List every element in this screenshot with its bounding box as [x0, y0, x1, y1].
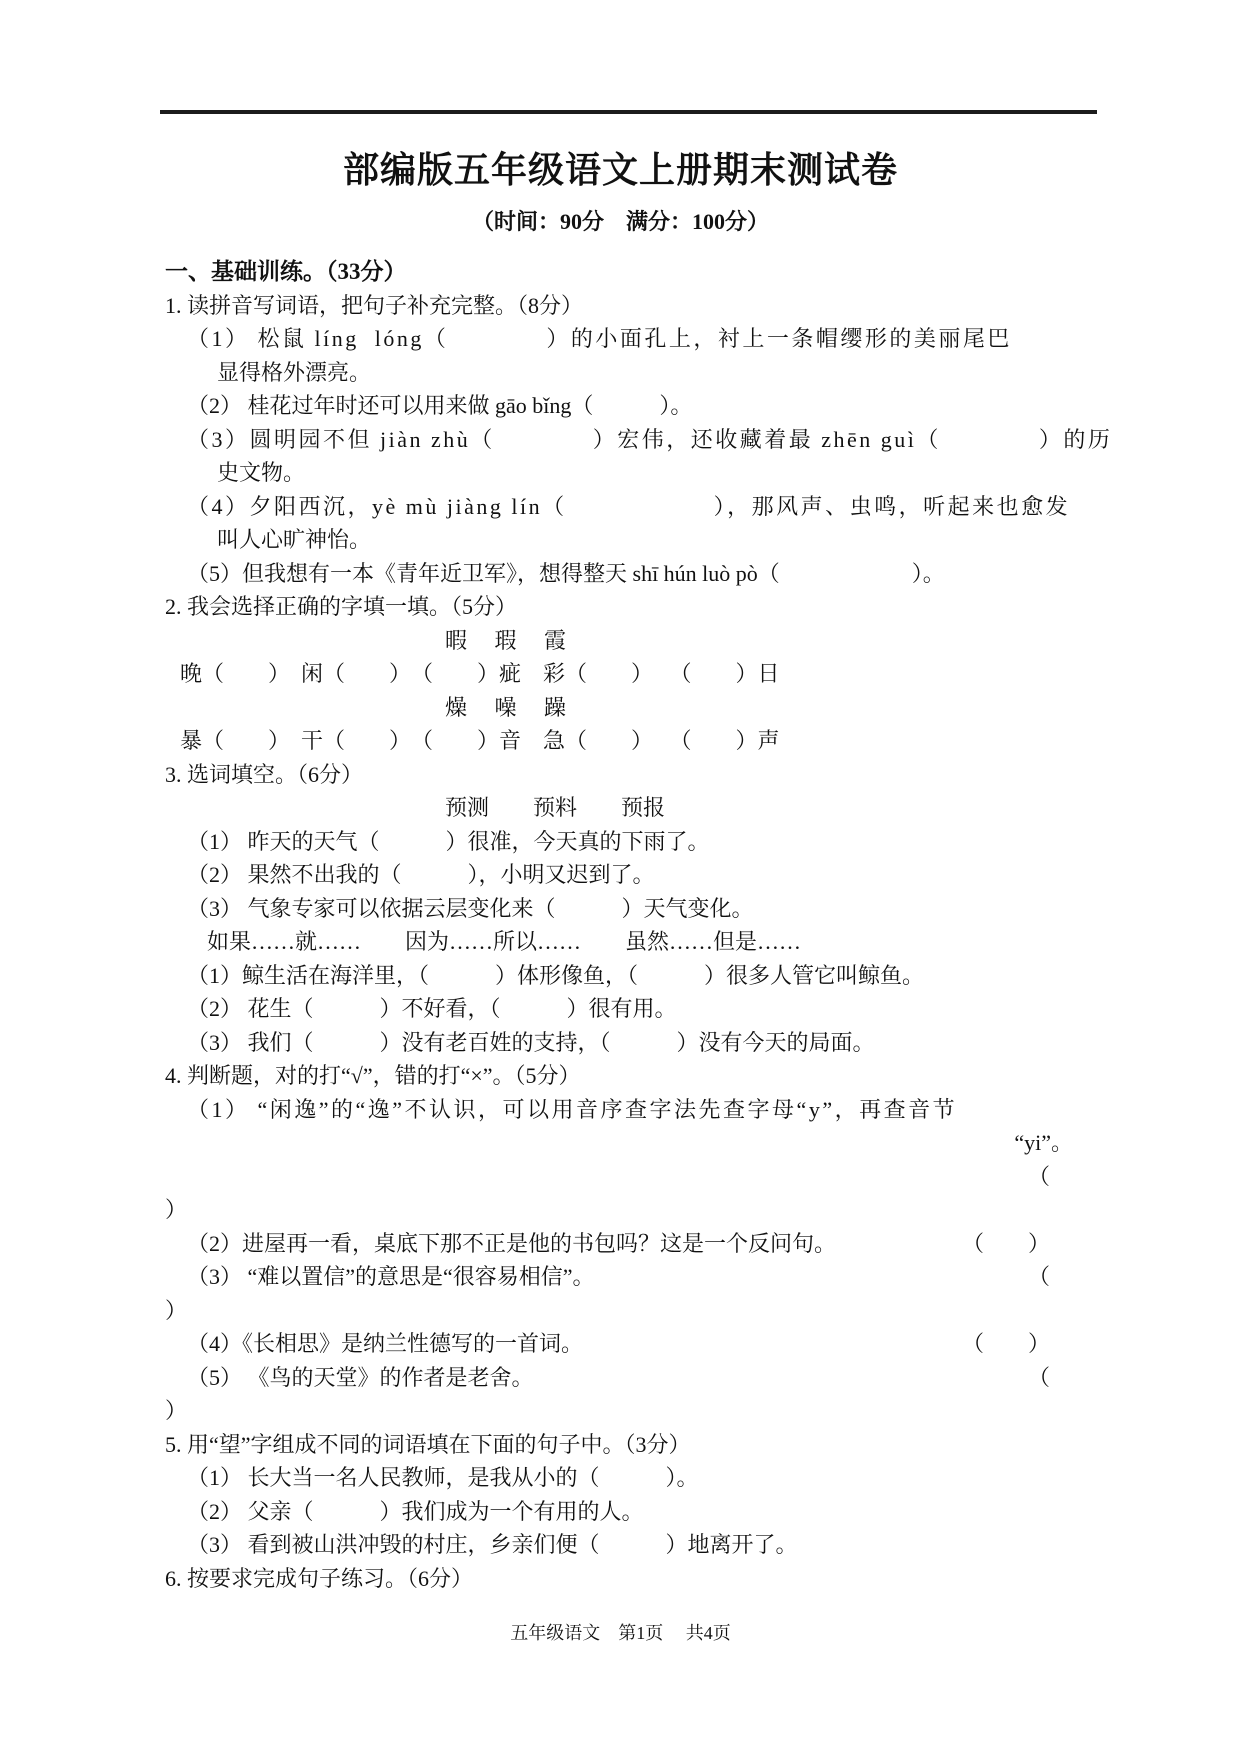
- line-text: （2）进屋再一看，桌底下那不正是他的书包吗？这是一个反问句。: [187, 1227, 836, 1261]
- document-line: 1. 读拼音写词语，把句子补充完整。（8分）: [165, 289, 1105, 323]
- document-line: （3） 看到被山洪冲毁的村庄，乡亲们便（ ）地离开了。: [165, 1528, 1105, 1562]
- document-line: （3） 我们（ ）没有老百姓的支持，（ ）没有今天的局面。: [165, 1026, 1105, 1060]
- document-line: （2） 父亲（ ）我们成为一个有用的人。: [165, 1495, 1105, 1529]
- answer-parens: （ ）: [962, 1227, 1105, 1261]
- document-line: （5） 《鸟的天堂》的作者是老舍。（: [165, 1361, 1105, 1395]
- exam-time-score-info: （时间：90分 满分：100分）: [0, 208, 1241, 236]
- document-line: ）: [165, 1394, 1105, 1428]
- document-line: 5. 用“望”字组成不同的词语填在下面的句子中。（3分）: [165, 1428, 1105, 1462]
- document-line: 预测 预料 预报: [165, 791, 1105, 825]
- document-line: （4）夕阳西沉，yè mù jiàng lín（ ），那风声、虫鸣，听起来也愈发: [165, 490, 1105, 524]
- header-rule: [160, 110, 1097, 114]
- document-line: “yi”。: [165, 1126, 1105, 1160]
- document-line: 暴（ ） 干（ ） （ ）音 急（ ） （ ）声: [165, 724, 1105, 758]
- document-lines: 一、基础训练。（33分）1. 读拼音写词语，把句子补充完整。（8分）（1） 松鼠…: [0, 255, 1241, 1595]
- line-text: （5） 《鸟的天堂》的作者是老舍。: [187, 1361, 534, 1395]
- line-text: （4）《长相思》是纳兰性德写的一首词。: [187, 1327, 583, 1361]
- document-line: （4）《长相思》是纳兰性德写的一首词。（ ）: [165, 1327, 1105, 1361]
- document-line: 晚（ ） 闲（ ） （ ）疵 彩（ ） （ ）日: [165, 657, 1105, 691]
- document-line: （3）圆明园不但 jiàn zhù（ ）宏伟，还收藏着最 zhēn guì（ ）…: [165, 423, 1105, 457]
- document-line: （2） 花生（ ）不好看，（ ）很有用。: [165, 992, 1105, 1026]
- document-line: 2. 我会选择正确的字填一填。（5分）: [165, 590, 1105, 624]
- document-line: （1）鲸生活在海洋里，（ ）体形像鱼，（ ）很多人管它叫鲸鱼。: [165, 959, 1105, 993]
- line-text: （3） “难以置信”的意思是“很容易相信”。: [187, 1260, 595, 1294]
- document-line: （1） 松鼠 líng lóng（ ）的小面孔上，衬上一条帽缨形的美丽尾巴: [165, 322, 1105, 356]
- document-line: （2）进屋再一看，桌底下那不正是他的书包吗？这是一个反问句。（ ）: [165, 1227, 1105, 1261]
- page-title: 部编版五年级语文上册期末测试卷: [0, 0, 1241, 192]
- document-line: （5）但我想有一本《青年近卫军》，想得整天 shī hún luò pò（ ）。: [165, 557, 1105, 591]
- document-line: 显得格外漂亮。: [165, 356, 1105, 390]
- document-line: ）: [165, 1193, 1105, 1227]
- document-line: 燥 噪 躁: [165, 691, 1105, 725]
- document-line: （1） 昨天的天气（ ）很准，今天真的下雨了。: [165, 825, 1105, 859]
- document-line: （2） 桂花过年时还可以用来做 gāo bǐng（ ）。: [165, 389, 1105, 423]
- document-line: 一、基础训练。（33分）: [165, 255, 1105, 289]
- document-line: 6. 按要求完成句子练习。（6分）: [165, 1562, 1105, 1596]
- answer-parens: （ ）: [962, 1327, 1105, 1361]
- document-line: （3） “难以置信”的意思是“很容易相信”。（: [165, 1260, 1105, 1294]
- document-line: ）: [165, 1294, 1105, 1328]
- document-line: 如果……就…… 因为……所以…… 虽然……但是……: [165, 925, 1105, 959]
- document-line: （: [165, 1160, 1105, 1194]
- document-line: （2） 果然不出我的（ ），小明又迟到了。: [165, 858, 1105, 892]
- document-line: 3. 选词填空。（6分）: [165, 758, 1105, 792]
- document-line: 暇 瑕 霞: [165, 624, 1105, 658]
- answer-parens: （: [1028, 1260, 1105, 1294]
- page-footer: 五年级语文 第1页 共4页: [0, 1621, 1241, 1645]
- answer-parens: （: [1028, 1361, 1105, 1395]
- document-line: （3） 气象专家可以依据云层变化来（ ）天气变化。: [165, 892, 1105, 926]
- document-line: （1） 长大当一名人民教师，是我从小的（ ）。: [165, 1461, 1105, 1495]
- exam-paper-page: 部编版五年级语文上册期末测试卷 （时间：90分 满分：100分） 一、基础训练。…: [0, 0, 1241, 1754]
- document-line: （1） “闲逸”的“逸”不认识，可以用音序查字法先查字母“y”，再查音节: [165, 1093, 1105, 1127]
- document-line: 4. 判断题，对的打“√”，错的打“×”。（5分）: [165, 1059, 1105, 1093]
- document-line: 叫人心旷神怡。: [165, 523, 1105, 557]
- document-line: 史文物。: [165, 456, 1105, 490]
